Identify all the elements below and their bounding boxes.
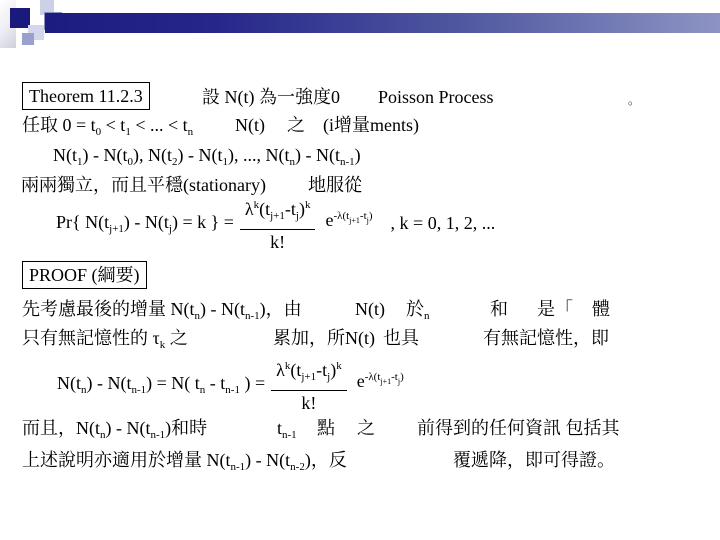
l1-period: 。: [628, 88, 640, 112]
l2-increments: (i增量ments): [323, 113, 419, 137]
l10-zhi: 之: [357, 416, 375, 440]
l7-yu-n: 於n: [406, 297, 430, 328]
pmf-lhs: Pr{ N(tj+1) - N(tj) = k } =: [56, 212, 234, 235]
l7-he: 和: [490, 297, 508, 321]
l7-ti: 體: [592, 297, 610, 321]
proof-box: PROOF (綱要): [22, 261, 147, 289]
decor-square-purple: [22, 33, 34, 45]
l10-dian: 點: [317, 416, 335, 440]
l1-text-3: Poisson Process: [378, 85, 494, 109]
l8-text-3: 也具: [383, 326, 419, 350]
l8-text-2: 累加，所N(t): [273, 326, 375, 350]
l3-increments-list: N(t1) - N(t0), N(t2) - N(t1), ..., N(tn)…: [53, 143, 361, 174]
pmf-denominator: k!: [270, 230, 285, 254]
decor-square-navy: [10, 8, 30, 28]
poisson-pmf-formula: Pr{ N(tj+1) - N(tj) = k } = λk(tj+1-tj)k…: [56, 196, 495, 250]
l7-nt: N(t): [355, 297, 385, 321]
title-bar: [45, 13, 720, 33]
increment-exponential: e-λ(tj+1-tj): [357, 371, 404, 392]
l8-text-1: 只有無記憶性的 τk 之: [22, 326, 188, 357]
increment-fraction: λk(tj+1-tj)k k!: [271, 353, 347, 415]
l2-partition: 任取 0 = t0 < t1 < ... < tn: [22, 113, 193, 144]
l1-text-2: 一強度0: [277, 85, 340, 109]
l7-shi: 是「: [537, 297, 573, 321]
slide: Theorem 11.2.3 設 N(t) 為 一強度0 Poisson Pro…: [0, 0, 720, 540]
pmf-fraction: λk(tj+1-tj)k k!: [240, 192, 316, 254]
l4-text-2: 地服從: [308, 173, 362, 197]
l7-text-1: 先考慮最後的增量 N(tn) - N(tn-1)，由: [22, 297, 302, 328]
l2-nt: N(t): [235, 113, 265, 137]
l4-text-1: 兩兩獨立，而且平穩(stationary): [21, 173, 266, 197]
l1-text-1: 設 N(t) 為: [202, 85, 277, 109]
theorem-box: Theorem 11.2.3: [22, 82, 150, 110]
pmf-exponential: e-λ(tj+1-tj): [325, 210, 372, 231]
increment-denominator: k!: [301, 391, 316, 415]
l11-text-2: 覆遞降，即可得證。: [453, 448, 615, 472]
l10-tn1: tn-1: [277, 416, 297, 447]
l10-text-1: 而且，N(tn) - N(tn-1)和時: [22, 416, 207, 447]
pmf-k-range: , k = 0, 1, 2, ...: [391, 213, 496, 234]
l11-text-1: 上述說明亦適用於增量 N(tn-1) - N(tn-2)，反: [22, 448, 347, 479]
increment-lhs: N(tn) - N(tn-1) = N( tn - tn-1 ) =: [57, 373, 265, 396]
increment-numerator: λk(tj+1-tj)k: [271, 353, 347, 391]
increment-formula: N(tn) - N(tn-1) = N( tn - tn-1 ) = λk(tj…: [57, 356, 404, 412]
l10-text-2: 前得到的任何資訊 包括其: [417, 416, 620, 440]
l2-zhi: 之: [287, 113, 305, 137]
pmf-numerator: λk(tj+1-tj)k: [240, 192, 316, 230]
l8-text-4: 有無記憶性，即: [483, 326, 609, 350]
